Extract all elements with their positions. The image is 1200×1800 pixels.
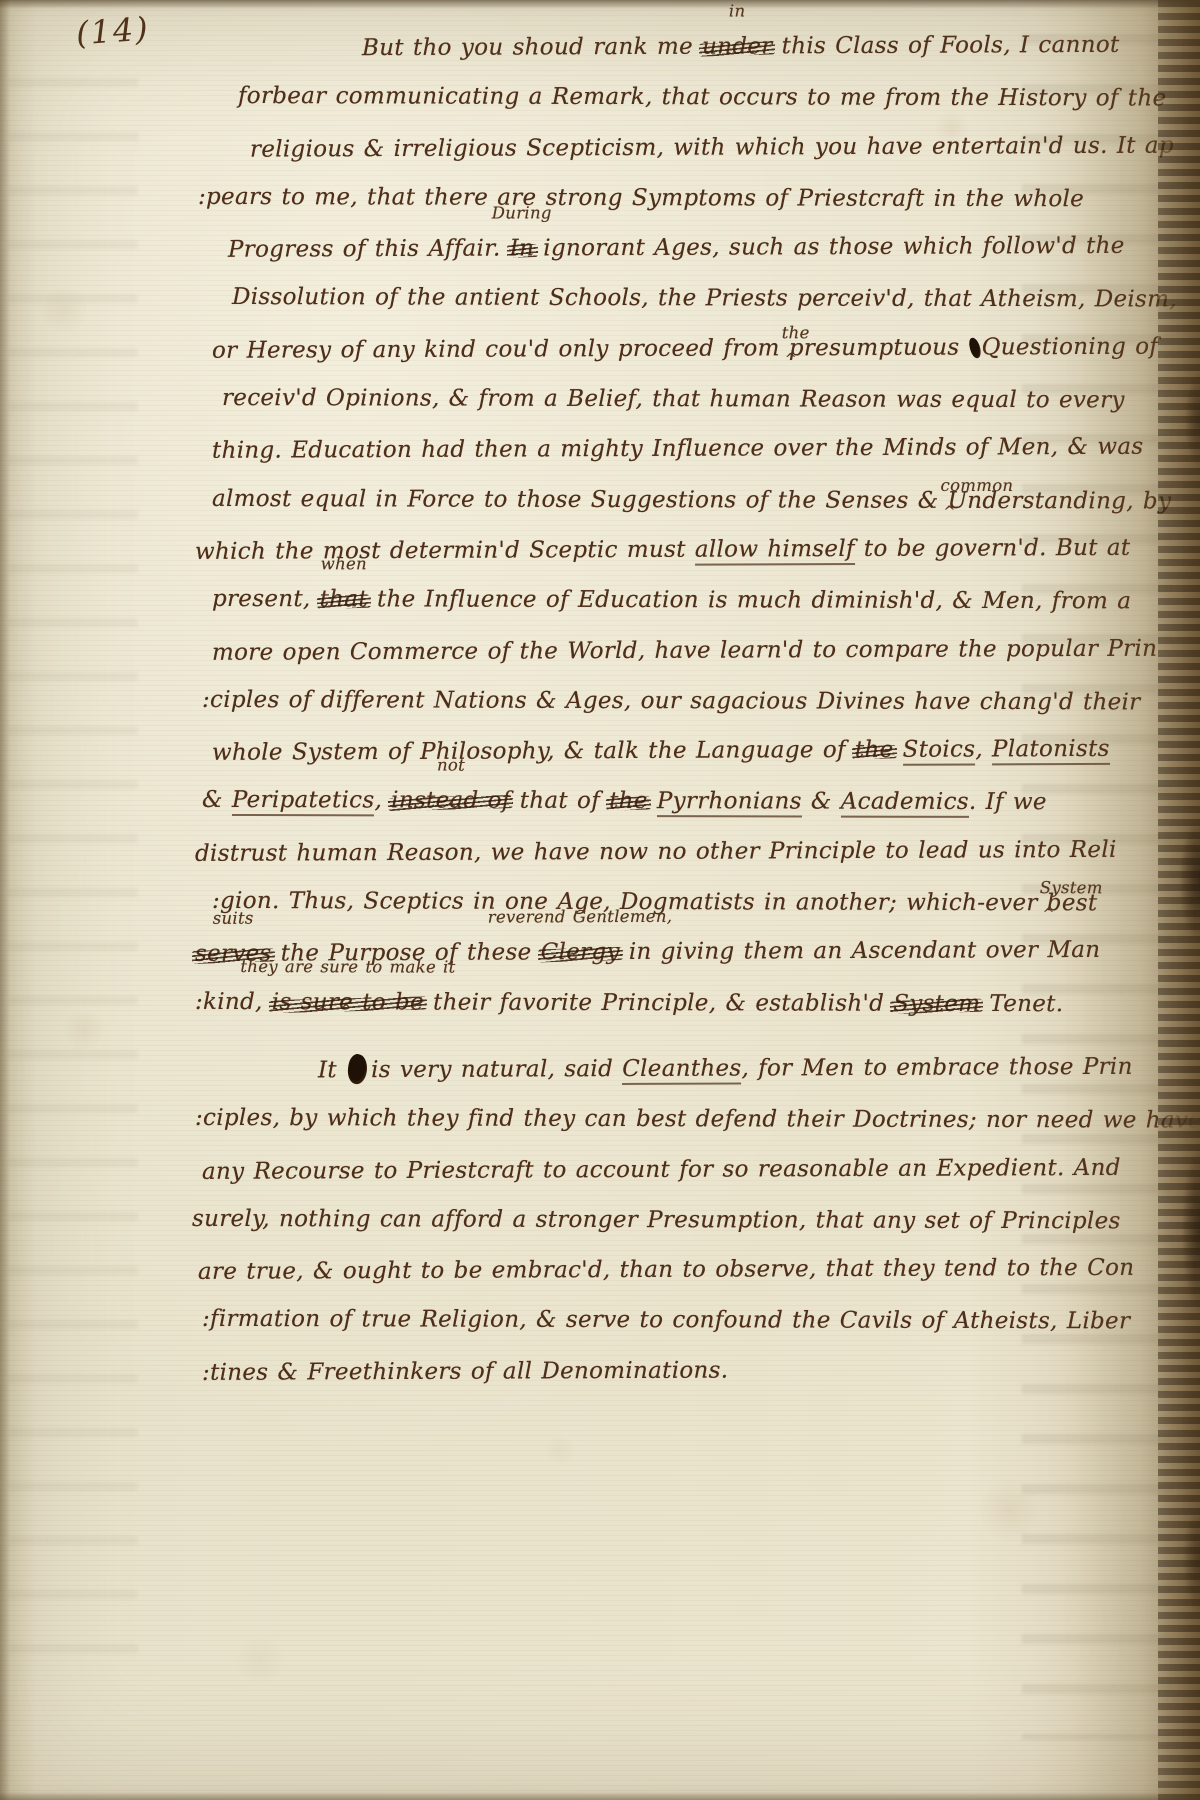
manuscript-text: is very natural, said: [371, 1056, 622, 1083]
manuscript-text: :ciples of different Nations & Ages, our…: [202, 687, 1141, 715]
manuscript-line: :tines & Freethinkers of all Denominatio…: [150, 1344, 1090, 1398]
manuscript-line: distrust human Reason, we have now no ot…: [150, 825, 1090, 879]
manuscript-text: any Recourse to Priestcraft to account f…: [202, 1154, 1121, 1184]
manuscript-text: :tines & Freethinkers of all Denominatio…: [202, 1357, 728, 1385]
manuscript-line: religious & irreligious Scepticism, with…: [150, 121, 1090, 175]
manuscript-text: thing. Education had then a mighty Influ…: [212, 434, 1144, 464]
page-edge-bottom: [0, 1792, 1200, 1800]
struck-text: the: [609, 788, 648, 814]
manuscript-text: distrust human Reason, we have now no ot…: [195, 837, 1117, 867]
page-edge-left: [0, 0, 10, 1800]
manuscript-line: receiv'd Opinions, & from a Belief, that…: [150, 373, 1090, 426]
manuscript-text: Progress of this Affair.: [228, 236, 510, 263]
manuscript-text: But tho you shoud rank me: [362, 34, 702, 61]
struck-text: System: [893, 990, 980, 1016]
manuscript-text: Questioning of: [982, 333, 1159, 360]
underlined-text: Cleanthes: [622, 1055, 741, 1085]
inserted-text: not: [437, 758, 465, 774]
inserted-text: reverend Gentlemen,: [488, 909, 673, 926]
struck-text: under: [702, 33, 773, 59]
ink-blot: [967, 336, 982, 359]
manuscript-text: whole System of Philosophy, & talk the L…: [212, 737, 855, 766]
manuscript-text: are true, & ought to be embrac'd, than t…: [198, 1255, 1134, 1285]
manuscript-line: surely, nothing can afford a stronger Pr…: [150, 1194, 1090, 1247]
manuscript-text: surely, nothing can afford a stronger Pr…: [192, 1206, 1121, 1234]
inserted-text: During: [492, 205, 552, 221]
manuscript-text: Tenet.: [980, 991, 1063, 1017]
underlined-text: Academics: [841, 789, 969, 818]
manuscript-text: their favorite Principle, & establish'd: [424, 989, 893, 1016]
edited-text: instead ofnot: [391, 776, 511, 827]
edited-text: underin: [702, 21, 773, 72]
manuscript-line: which the most determin'd Sceptic must a…: [150, 523, 1090, 577]
underlined-text: Pyrrhonians: [657, 789, 802, 818]
inserted-text: they are sure to make it: [240, 959, 455, 976]
page-edge-top: [0, 0, 1200, 9]
manuscript-line: any Recourse to Priestcraft to account f…: [150, 1142, 1090, 1196]
manuscript-line: more open Commerce of the World, have le…: [150, 624, 1090, 678]
manuscript-text: receiv'd Opinions, & from a Belief, that…: [222, 385, 1125, 413]
manuscript-text: &: [802, 789, 841, 815]
manuscript-text: that of: [511, 788, 610, 814]
manuscript-lines: But tho you shoud rank me underin this C…: [150, 22, 1090, 1396]
underlined-text: Platonists: [992, 736, 1110, 766]
manuscript-line: Progress of this Affair. InDuring ignora…: [150, 221, 1090, 275]
underlined-text: Peripatetics: [232, 787, 375, 816]
manuscript-line: present, thatwhen the Influence of Educa…: [150, 574, 1090, 627]
manuscript-line: Dissolution of the antient Schools, the …: [150, 272, 1090, 325]
manuscript-line: :firmation of true Religion, & serve to …: [150, 1294, 1090, 1347]
manuscript-text: Dissolution of the antient Schools, the …: [232, 284, 1177, 312]
manuscript-text: or Heresy of any kind cou'd only proceed…: [212, 335, 780, 363]
manuscript-line: thing. Education had then a mighty Influ…: [150, 422, 1090, 476]
underlined-text: allow himself: [695, 536, 855, 566]
manuscript-line: or Heresy of any kind cou'd only proceed…: [150, 322, 1090, 376]
manuscript-line: & Peripatetics, instead ofnot that of th…: [150, 775, 1090, 828]
manuscript-line: :kind, is sure to bethey are sure to mak…: [150, 976, 1090, 1029]
manuscript-text: the Influence of Education is much dimin…: [368, 587, 1131, 615]
manuscript-line: :ciples of different Nations & Ages, our…: [150, 675, 1090, 728]
manuscript-text: which the most determin'd Sceptic must: [195, 537, 695, 565]
manuscript-text: almost equal in Force to those Suggestio…: [212, 486, 939, 514]
manuscript-text: It: [318, 1057, 346, 1083]
manuscript-line: forbear communicating a Remark, that occ…: [150, 71, 1090, 124]
underlined-text: Stoics: [903, 737, 976, 766]
struck-text: Clergy: [541, 939, 620, 965]
ink-blot: [346, 1053, 369, 1085]
inserted-text: when: [321, 556, 367, 572]
manuscript-line: :ciples, by which they find they can bes…: [150, 1093, 1090, 1146]
manuscript-text: forbear communicating a Remark, that occ…: [238, 83, 1166, 111]
edited-text: thatwhen: [320, 574, 368, 624]
manuscript-text: . If we: [969, 789, 1047, 815]
manuscript-text: more open Commerce of the World, have le…: [212, 635, 1157, 665]
manuscript-line: are true, & ought to be embrac'd, than t…: [150, 1243, 1090, 1297]
manuscript-text: &: [202, 787, 232, 813]
manuscript-line: almost equal in Force to those Suggestio…: [150, 473, 1090, 526]
struck-text: the: [855, 737, 894, 763]
edited-text: InDuring: [510, 224, 535, 274]
struck-text: is sure to be: [272, 989, 424, 1015]
bleed-through-left: [8, 60, 138, 1660]
manuscript-text: ignorant Ages, such as those which follo…: [534, 233, 1125, 262]
manuscript-text: present,: [212, 586, 320, 612]
manuscript-text: :firmation of true Religion, & serve to …: [202, 1306, 1130, 1334]
inserted-text: suits: [213, 911, 254, 927]
manuscript-line: whole System of Philosophy, & talk the L…: [150, 724, 1090, 778]
struck-text: instead of: [391, 788, 511, 814]
manuscript-text: :pears to me, that there are strong Symp…: [198, 184, 1084, 212]
edited-text: is sure to bethey are sure to make it: [272, 977, 424, 1028]
struck-text: that: [320, 586, 368, 612]
manuscript-line: But tho you shoud rank me underin this C…: [150, 20, 1090, 74]
struck-text: In: [510, 236, 535, 262]
binding-edge: [1158, 0, 1200, 1800]
manuscript-text: this Class of Fools, I cannot: [772, 32, 1119, 60]
manuscript-text: to be govern'd. But at: [855, 535, 1131, 562]
manuscript-page: (14) But tho you shoud rank me underin t…: [0, 0, 1200, 1800]
edited-text: Clergyreverend Gentlemen,: [541, 927, 620, 978]
manuscript-line: :pears to me, that there are strong Symp…: [150, 172, 1090, 225]
manuscript-text: in giving them an Ascendant over Man: [620, 937, 1101, 965]
manuscript-text: :kind,: [195, 989, 272, 1015]
manuscript-text: :ciples, by which they find they can bes…: [195, 1105, 1200, 1134]
manuscript-line: It is very natural, said Cleanthes, for …: [150, 1042, 1090, 1096]
manuscript-text: ,: [975, 737, 992, 763]
manuscript-text: , for Men to embrace those Prin: [741, 1054, 1132, 1082]
manuscript-text: religious & irreligious Scepticism, with…: [250, 132, 1174, 162]
page-number: (14): [75, 9, 151, 52]
